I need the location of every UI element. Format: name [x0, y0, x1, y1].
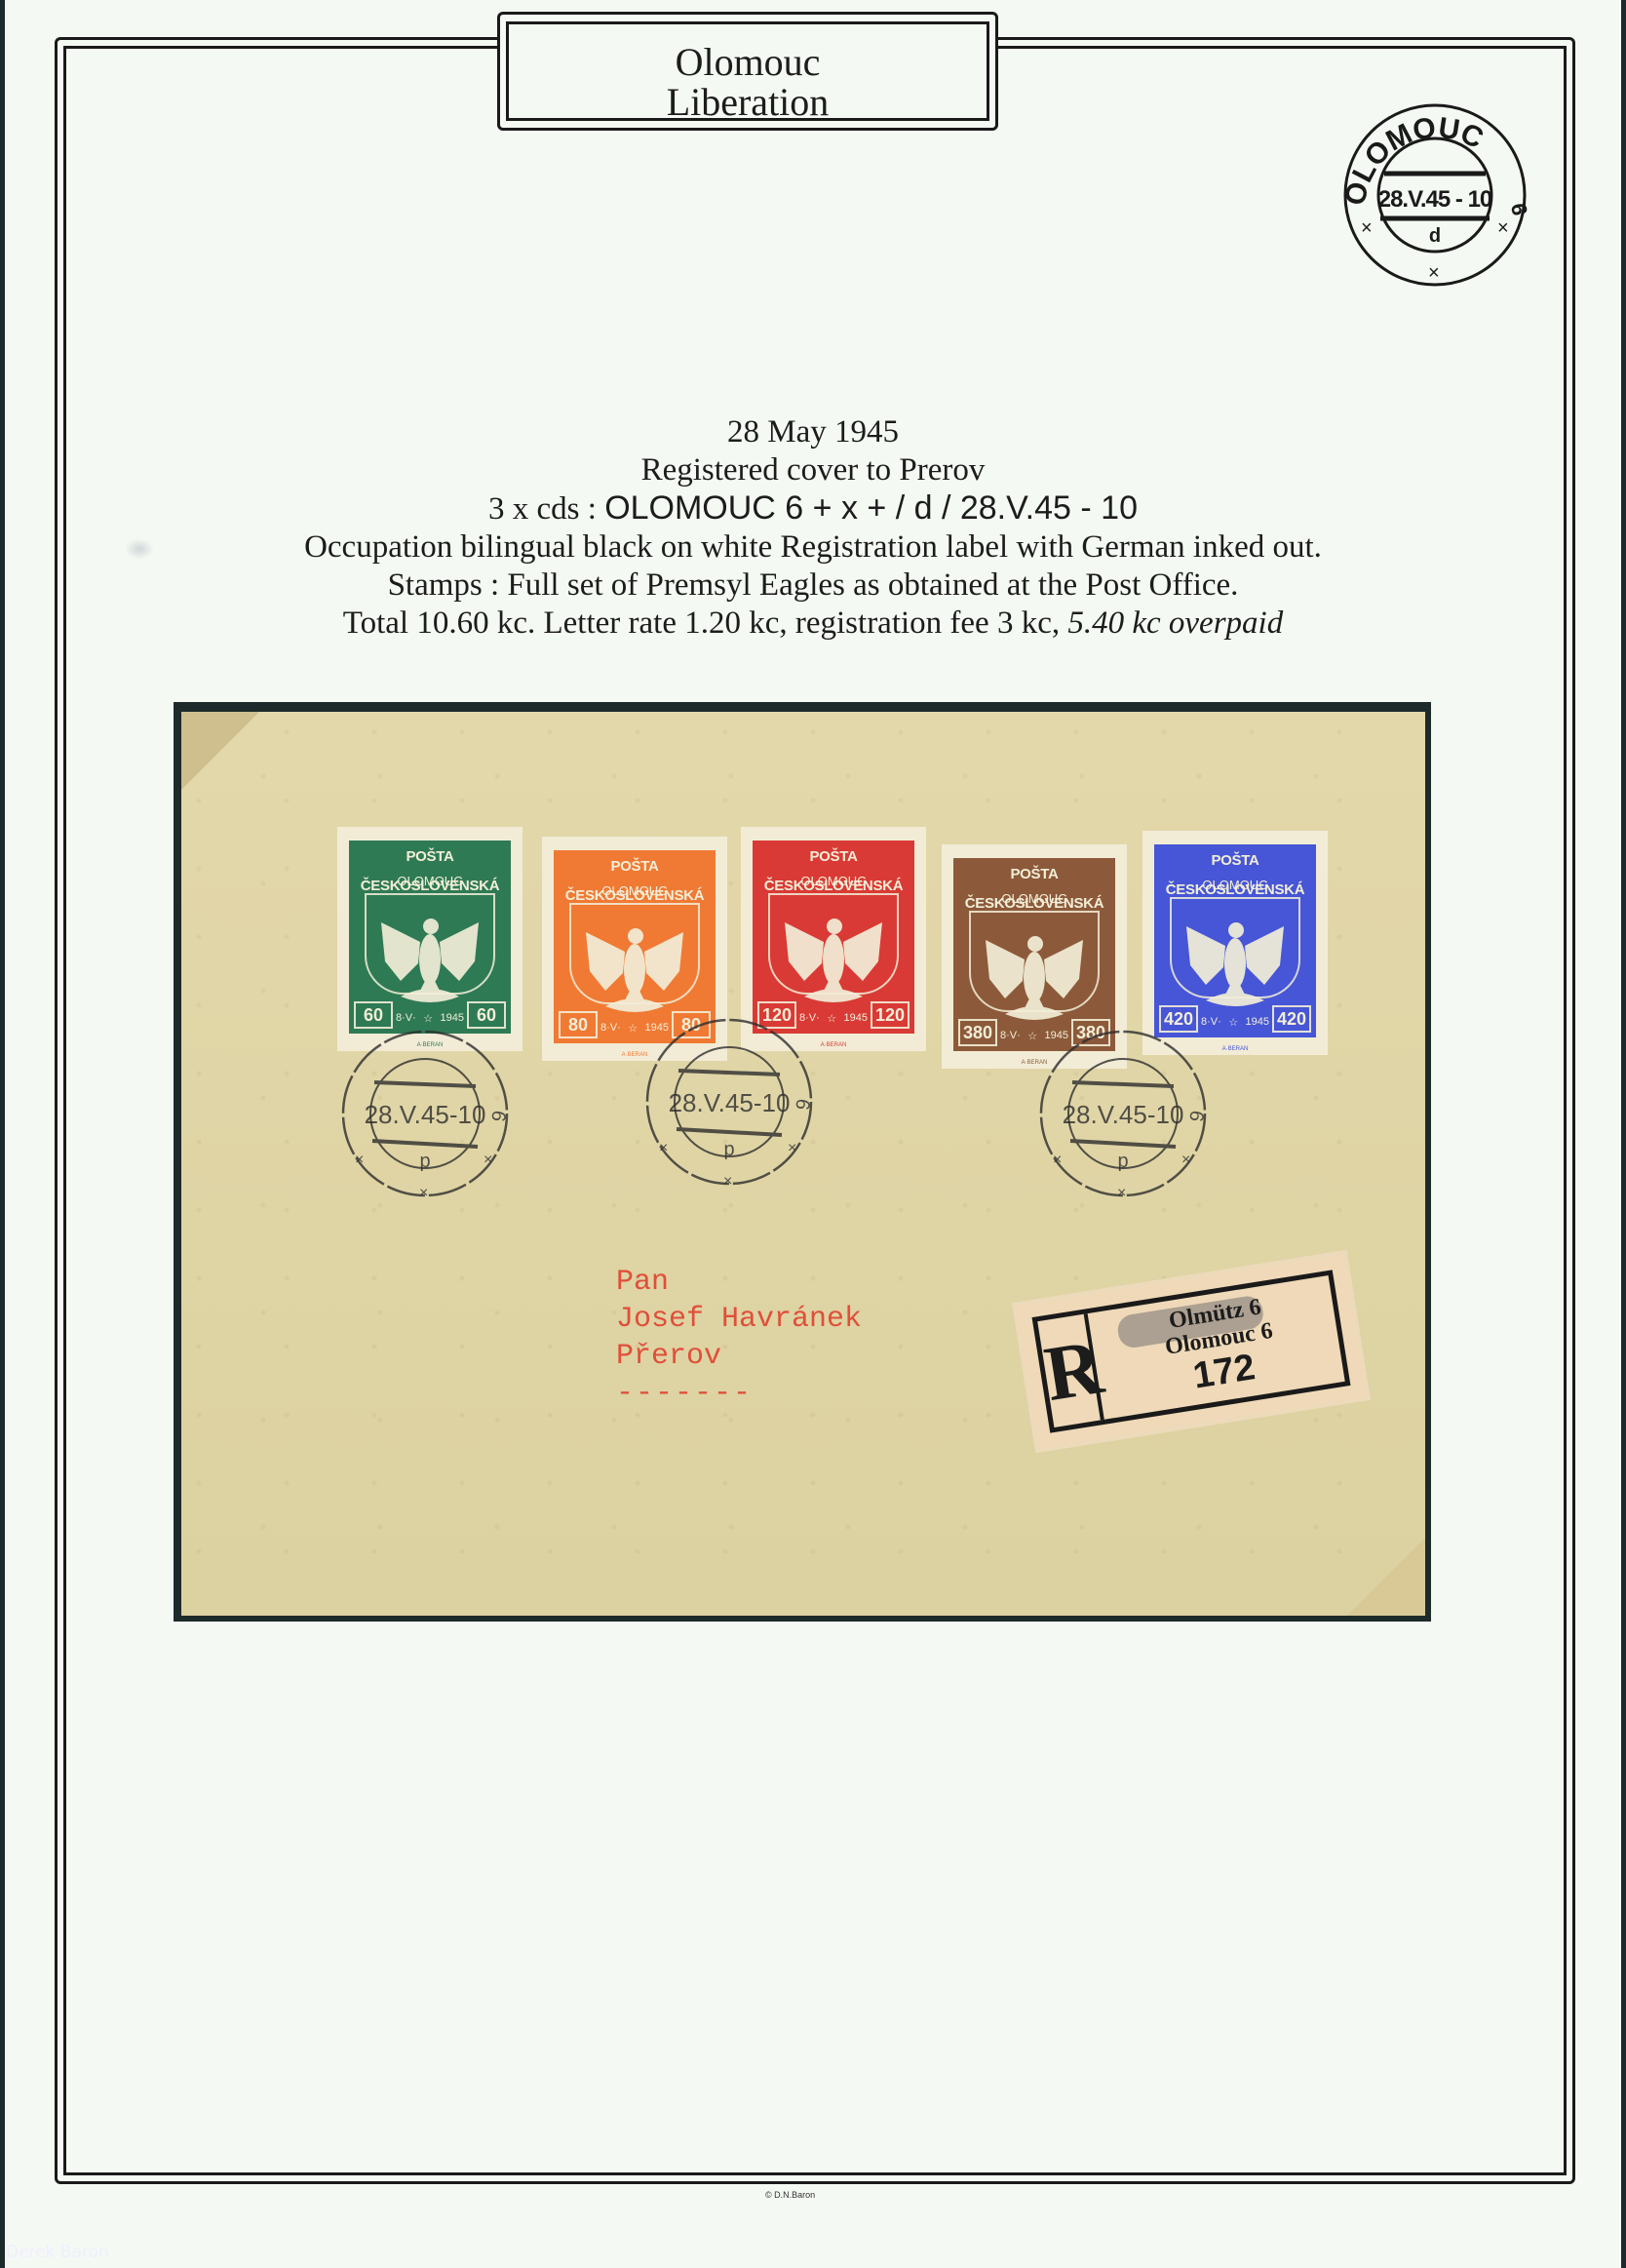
svg-text:28.V.45-10: 28.V.45-10 [669, 1088, 791, 1117]
svg-text:d: d [1117, 1152, 1128, 1173]
page-title: Olomouc [509, 42, 987, 83]
watermark: Derek Baron [6, 2243, 109, 2262]
svg-text:28.V.45 - 10: 28.V.45 - 10 [1378, 186, 1492, 213]
description-label: Occupation bilingual black on white Regi… [117, 528, 1509, 567]
stamp-value: 420 [1272, 1005, 1311, 1033]
stamp-city: OLOMOUC [556, 883, 714, 901]
svg-text:×: × [1361, 217, 1373, 239]
cds-value: OLOMOUC 6 + x + / d / 28.V.45 - 10 [604, 489, 1138, 527]
svg-text:d: d [419, 1152, 430, 1173]
address-name: Josef Havránek [616, 1301, 862, 1338]
address-block: Pan Josef Havránek Přerov ------- [616, 1264, 862, 1412]
cds-prefix: 3 x cds : [488, 491, 604, 527]
stamp-value: 60 [467, 1001, 506, 1029]
address-town: Přerov [616, 1338, 862, 1375]
cancellation-postmark: 28.V.45-10 d 6 ××× [1035, 1026, 1211, 1201]
address-salutation: Pan [616, 1264, 862, 1301]
description-block: 28 May 1945 Registered cover to Prerov 3… [117, 413, 1509, 643]
stamp-date-right: 1945 [844, 1012, 868, 1025]
postmark-illustration: OLOMOUC 6 28.V.45 - 10 d × × × [1337, 98, 1532, 293]
svg-text:d: d [723, 1140, 734, 1161]
registration-letter: R [1037, 1313, 1104, 1427]
svg-text:d: d [1429, 225, 1441, 247]
stamp-value: 80 [559, 1011, 598, 1038]
svg-text:×: × [1181, 1152, 1190, 1168]
overpaid-text: 5.40 kc overpaid [1067, 606, 1283, 641]
stamp-value: 60 [354, 1001, 393, 1029]
svg-text:×: × [1428, 262, 1440, 284]
svg-text:6: 6 [1506, 202, 1532, 217]
star-icon: ☆ [628, 1022, 638, 1035]
svg-text:×: × [419, 1185, 428, 1201]
svg-text:28.V.45-10: 28.V.45-10 [1063, 1100, 1184, 1129]
stamp-date-left: 8·V· [1000, 1030, 1021, 1042]
stamp-header: POŠTA ČESKOSLOVENSKÁ [351, 842, 509, 872]
svg-text:×: × [788, 1140, 796, 1156]
cancellation-postmark: 28.V.45-10 d 6 ××× [641, 1014, 817, 1190]
star-icon: ☆ [423, 1012, 433, 1025]
star-icon: ☆ [1228, 1016, 1238, 1029]
svg-text:×: × [1497, 217, 1509, 239]
stamp: POŠTA ČESKOSLOVENSKÁ OLOMOUC 60 8·V·☆194… [337, 827, 523, 1051]
page-subtitle: Liberation [509, 83, 987, 122]
scan-edge-left [0, 0, 5, 2268]
stamp-header: POŠTA ČESKOSLOVENSKÁ [556, 852, 714, 881]
description-cds: 3 x cds : OLOMOUC 6 + x + / d / 28.V.45 … [117, 489, 1509, 528]
cancellation-postmark: 28.V.45-10 d 6 ××× [337, 1026, 513, 1201]
stamp-header: POŠTA ČESKOSLOVENSKÁ [755, 842, 912, 872]
stamp-city: OLOMOUC [351, 874, 509, 891]
description-total: Total 10.60 kc. Letter rate 1.20 kc, reg… [117, 605, 1509, 643]
star-icon: ☆ [827, 1012, 836, 1025]
stamp-city: OLOMOUC [955, 891, 1113, 909]
stamp-date-right: 1945 [1246, 1016, 1269, 1029]
svg-text:×: × [1117, 1185, 1126, 1201]
stamp-city: OLOMOUC [1156, 878, 1314, 895]
photo-corner-bottom-right [1347, 1538, 1425, 1616]
svg-text:×: × [659, 1140, 668, 1156]
stamp-header: POŠTA ČESKOSLOVENSKÁ [1156, 846, 1314, 876]
stamp-date-left: 8·V· [600, 1022, 621, 1035]
stamp-value: 380 [958, 1019, 997, 1046]
svg-text:×: × [355, 1152, 364, 1168]
svg-text:×: × [1053, 1152, 1062, 1168]
stamp-value: 120 [871, 1001, 910, 1029]
stamp-date-right: 1945 [441, 1012, 464, 1025]
svg-text:×: × [723, 1173, 732, 1190]
svg-text:6: 6 [486, 1109, 510, 1123]
svg-text:28.V.45-10: 28.V.45-10 [365, 1100, 486, 1129]
svg-text:6: 6 [791, 1097, 814, 1112]
stamp-date-left: 8·V· [396, 1012, 416, 1025]
scan-edge-right [1621, 0, 1626, 2268]
description-date: 28 May 1945 [117, 413, 1509, 451]
total-text: Total 10.60 kc. Letter rate 1.20 kc, reg… [343, 606, 1068, 641]
photo-corner-top-left [181, 712, 259, 790]
description-cover: Registered cover to Prerov [117, 451, 1509, 489]
svg-text:6: 6 [1184, 1109, 1208, 1123]
copyright-note: © D.N.Baron [765, 2190, 815, 2200]
stamp-city: OLOMOUC [755, 874, 912, 891]
address-underline: ------- [616, 1375, 862, 1412]
description-stamps: Stamps : Full set of Premsyl Eagles as o… [117, 567, 1509, 605]
svg-text:×: × [484, 1152, 492, 1168]
stamp: POŠTA ČESKOSLOVENSKÁ OLOMOUC 420 8·V·☆19… [1142, 831, 1328, 1055]
title-box: Olomouc Liberation [497, 12, 998, 131]
stamp-header: POŠTA ČESKOSLOVENSKÁ [955, 860, 1113, 889]
